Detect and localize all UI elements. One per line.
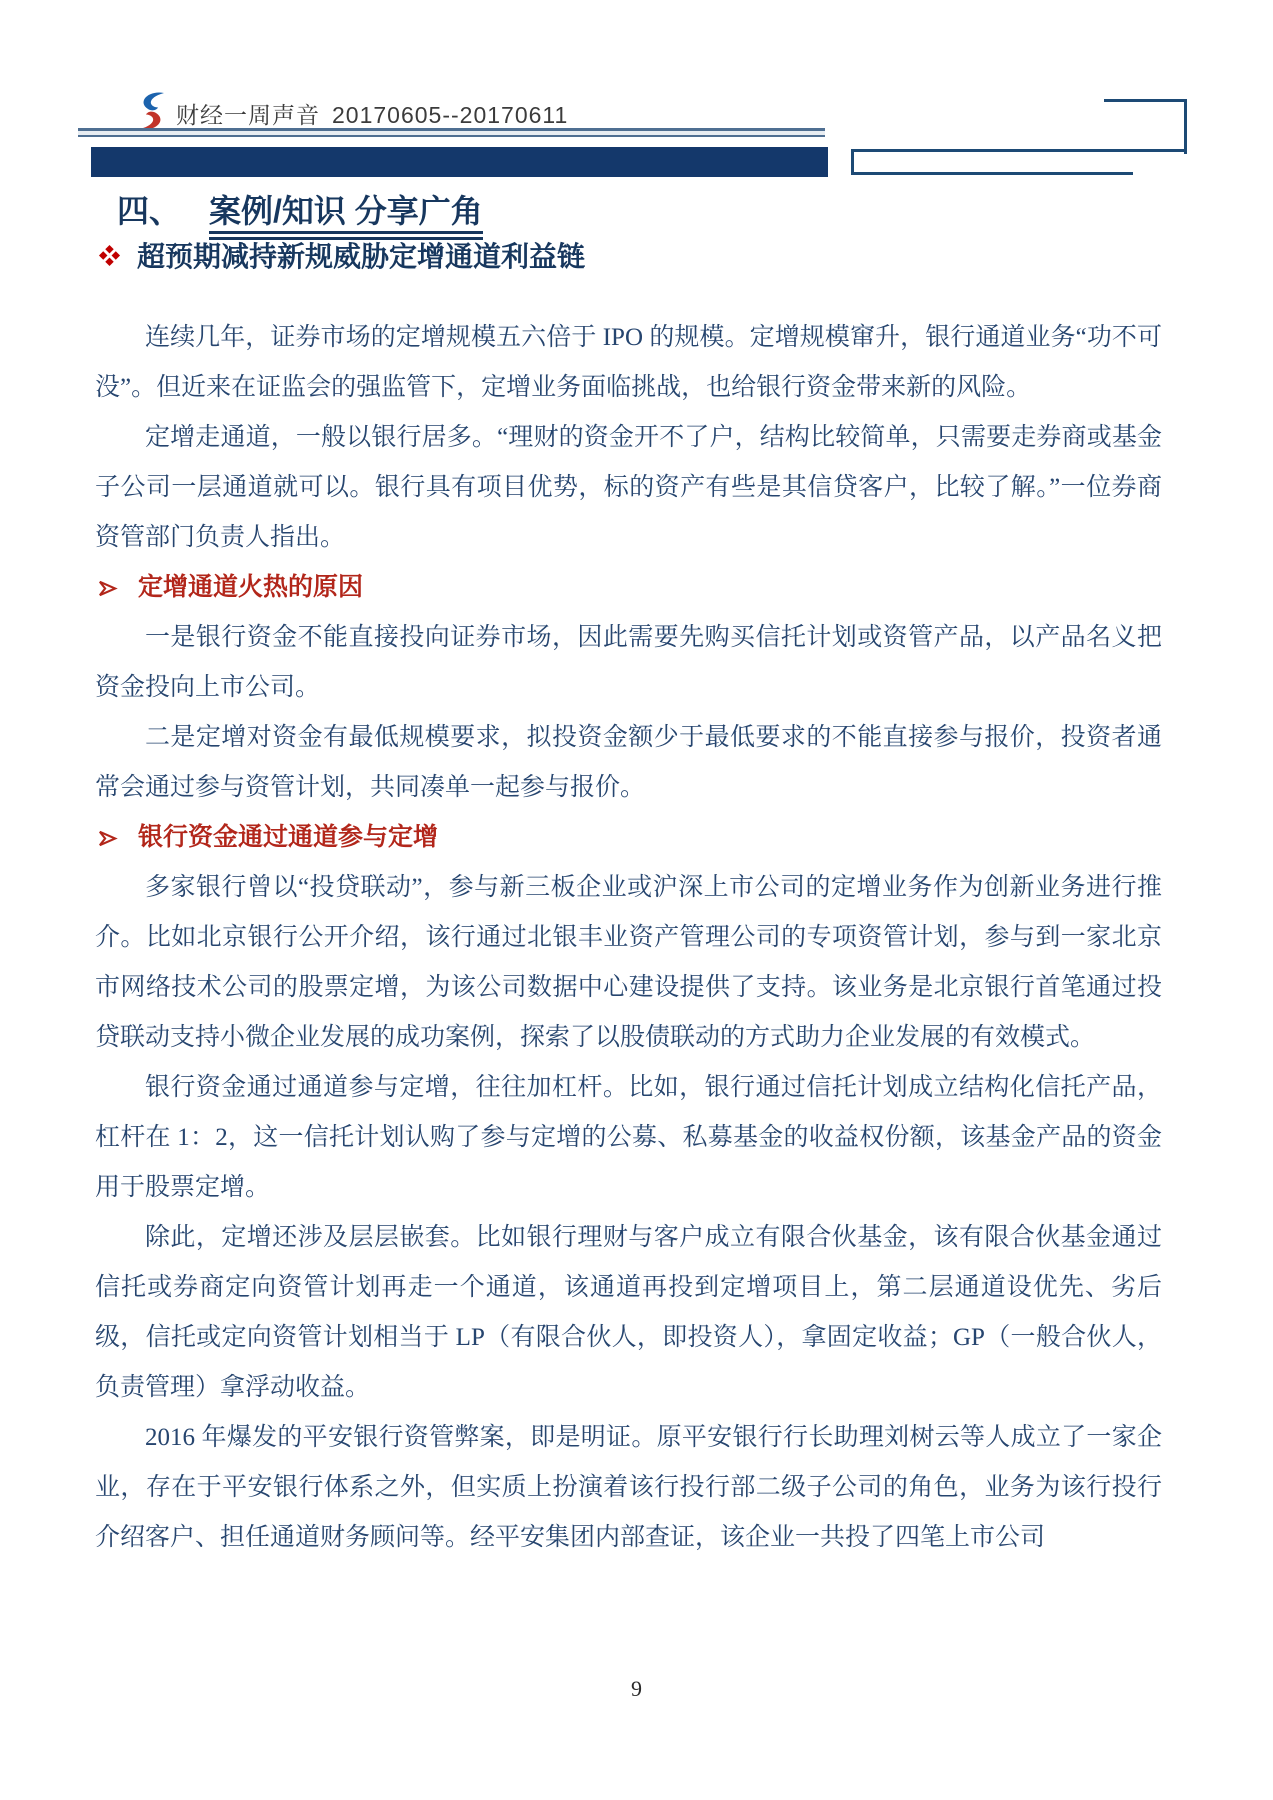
corner-deco-line (851, 149, 1187, 152)
header-title: 财经一周声音20170605--20170611 (176, 97, 568, 130)
diamond-bullet-icon (98, 244, 121, 267)
body-paragraph: 多家银行曾以“投贷联动”，参与新三板企业或沪深上市公司的定增业务作为创新业务进行… (95, 863, 1162, 1063)
header-issue: 20170605--20170611 (332, 102, 568, 128)
body-paragraph: 银行资金通过通道参与定增，往往加杠杆。比如，银行通过信托计划成立结构化信托产品，… (95, 1063, 1162, 1213)
bullet-heading: 定增通道火热的原因 (95, 563, 1162, 613)
body-paragraph: 除此，定增还涉及层层嵌套。比如银行理财与客户成立有限合伙基金，该有限合伙基金通过… (95, 1213, 1162, 1413)
article-title: 超预期减持新规威胁定增通道利益链 (137, 235, 585, 275)
body-paragraph: 连续几年，证券市场的定增规模五六倍于 IPO 的规模。定增规模窜升，银行通道业务… (95, 313, 1162, 413)
corner-deco-line (851, 149, 854, 175)
corner-deco-line (1184, 99, 1187, 154)
article-title-row: 超预期减持新规威胁定增通道利益链 (98, 235, 585, 275)
bullet-heading: 银行资金通过通道参与定增 (95, 813, 1162, 863)
body-paragraph: 一是银行资金不能直接投向证券市场，因此需要先购买信托计划或资管产品，以产品名义把… (95, 613, 1162, 713)
arrow-bullet-icon (97, 828, 118, 849)
arrow-bullet-icon (97, 578, 118, 599)
corner-deco-line (1104, 99, 1187, 102)
body-paragraph: 定增走通道，一般以银行居多。“理财的资金开不了户，结构比较简单，只需要走券商或基… (95, 413, 1162, 563)
corner-deco-line (851, 172, 1133, 175)
section-number: 四、 (117, 193, 181, 229)
section-heading: 四、案例/知识 分享广角 (117, 186, 483, 232)
header-brand: 财经一周声音 (176, 102, 320, 128)
brand-logo-icon (134, 90, 170, 132)
page-number: 9 (0, 1676, 1273, 1702)
content-blocks: 连续几年，证券市场的定增规模五六倍于 IPO 的规模。定增规模窜升，银行通道业务… (95, 313, 1162, 1563)
body-paragraph: 2016 年爆发的平安银行资管弊案，即是明证。原平安银行行长助理刘树云等人成立了… (95, 1413, 1162, 1563)
document-page: 财经一周声音20170605--20170611 四、案例/知识 分享广角 超预… (0, 0, 1273, 1800)
body-paragraph: 二是定增对资金有最低规模要求，拟投资金额少于最低要求的不能直接参与报价，投资者通… (95, 713, 1162, 813)
header-navy-bar (91, 147, 828, 177)
bullet-heading-label: 定增通道火热的原因 (138, 563, 363, 613)
section-title: 案例/知识 分享广角 (209, 193, 483, 240)
header-double-rule (78, 128, 825, 137)
bullet-heading-label: 银行资金通过通道参与定增 (138, 813, 438, 863)
